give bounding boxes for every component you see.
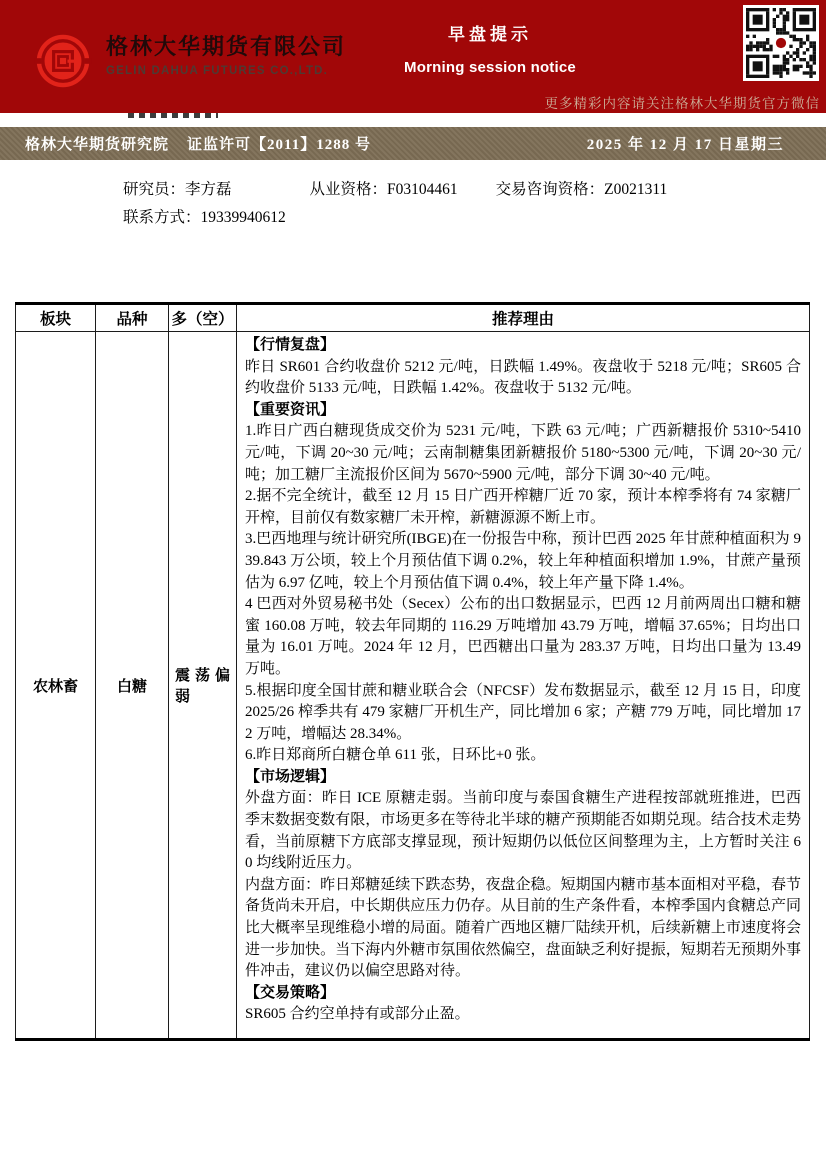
- dash-marks: [128, 113, 218, 118]
- reason-paragraph: 【市场逻辑】: [245, 767, 801, 789]
- reason-paragraph: SR605 合约空单持有或部分止盈。: [245, 1004, 801, 1026]
- header-band: 格林大华期货有限公司 GELIN DAHUA FUTURES CO.,LTD. …: [0, 0, 826, 113]
- recommendation-table: 板块 品种 多（空） 推荐理由 农林畜 白糖 震荡偏弱 【行情复盘】 昨日 SR…: [15, 302, 810, 1041]
- company-name-cn: 格林大华期货有限公司: [106, 30, 346, 61]
- col-header-bias: 多（空）: [169, 304, 237, 332]
- reason-paragraph: 内盘方面：昨日郑糖延续下跌态势，夜盘企稳。短期国内糖市基本面相对平稳，春节备货尚…: [245, 875, 801, 983]
- researcher-row-1: 研究员：李方磊 从业资格：F03104461 交易咨询资格：Z0021311: [123, 176, 826, 204]
- institute-license-group: 格林大华期货研究院 证监许可【2011】1288 号: [0, 133, 371, 154]
- header-divider-strip: [0, 113, 826, 127]
- variety-cell: 白糖: [96, 332, 169, 1040]
- reason-paragraph: 【重要资讯】: [245, 400, 801, 422]
- advisory-qualification: 交易咨询资格：Z0021311: [496, 176, 668, 204]
- researcher-info: 研究员：李方磊 从业资格：F03104461 交易咨询资格：Z0021311 联…: [123, 176, 826, 232]
- contact-number: 联系方式：19339940612: [123, 204, 286, 232]
- reason-paragraph: 4 巴西对外贸易秘书处（Secex）公布的出口数据显示，巴西 12 月前两周出口…: [245, 594, 801, 680]
- qr-center-logo-icon: [776, 38, 786, 48]
- reason-paragraph: 【行情复盘】: [245, 335, 801, 357]
- institute-name: 格林大华期货研究院: [25, 133, 169, 154]
- sector-cell: 农林畜: [16, 332, 96, 1040]
- reason-paragraph: 昨日 SR601 合约收盘价 5212 元/吨，日跌幅 1.49%。夜盘收于 5…: [245, 357, 801, 400]
- reason-paragraph: 2.据不完全统计，截至 12 月 15 日广西开榨糖厂近 70 家，预计本榨季将…: [245, 486, 801, 529]
- table-row: 农林畜 白糖 震荡偏弱 【行情复盘】 昨日 SR601 合约收盘价 5212 元…: [16, 332, 810, 1040]
- report-title-cn: 早盘提示: [330, 20, 650, 45]
- wechat-follow-note: 更多精彩内容请关注格林大华期货官方微信: [545, 92, 821, 112]
- col-header-sector: 板块: [16, 304, 96, 332]
- reason-paragraph: 【交易策略】: [245, 983, 801, 1005]
- report-page: 格林大华期货有限公司 GELIN DAHUA FUTURES CO.,LTD. …: [0, 0, 826, 1169]
- company-name-en: GELIN DAHUA FUTURES CO.,LTD.: [106, 65, 346, 77]
- recommendation-cell: 【行情复盘】 昨日 SR601 合约收盘价 5212 元/吨，日跌幅 1.49%…: [237, 332, 810, 1040]
- license-number: 证监许可【2011】1288 号: [187, 133, 371, 154]
- reason-paragraph: 外盘方面：昨日 ICE 原糖走弱。当前印度与泰国食糖生产进程按部就班推进，巴西季…: [245, 788, 801, 874]
- reason-paragraph: 5.根据印度全国甘蔗和糖业联合会（NFCSF）发布数据显示，截至 12 月 15…: [245, 681, 801, 746]
- col-header-reason: 推荐理由: [237, 304, 810, 332]
- reason-paragraph: 3.巴西地理与统计研究所(IBGE)在一份报告中称，预计巴西 2025 年甘蔗种…: [245, 529, 801, 594]
- col-header-variety: 品种: [96, 304, 169, 332]
- report-title-en: Morning session notice: [330, 59, 650, 76]
- practice-qualification: 从业资格：F03104461: [310, 176, 458, 204]
- reason-paragraph: 6.昨日郑商所白糖仓单 611 张，日环比+0 张。: [245, 745, 801, 767]
- company-logo-icon: [33, 31, 93, 91]
- wechat-qr-code: [743, 5, 819, 81]
- table-header-row: 板块 品种 多（空） 推荐理由: [16, 304, 810, 332]
- researcher-name: 研究员：李方磊: [123, 176, 232, 204]
- report-date: 2025 年 12 月 17 日星期三: [587, 133, 826, 154]
- researcher-row-2: 联系方式：19339940612: [123, 204, 826, 232]
- company-name-block: 格林大华期货有限公司 GELIN DAHUA FUTURES CO.,LTD.: [106, 30, 346, 77]
- report-title-block: 早盘提示 Morning session notice: [330, 20, 650, 76]
- reason-paragraph: 1.昨日广西白糖现货成交价为 5231 元/吨，下跌 63 元/吨；广西新糖报价…: [245, 421, 801, 486]
- subheader-bar: 格林大华期货研究院 证监许可【2011】1288 号 2025 年 12 月 1…: [0, 127, 826, 160]
- bias-cell: 震荡偏弱: [169, 332, 237, 1040]
